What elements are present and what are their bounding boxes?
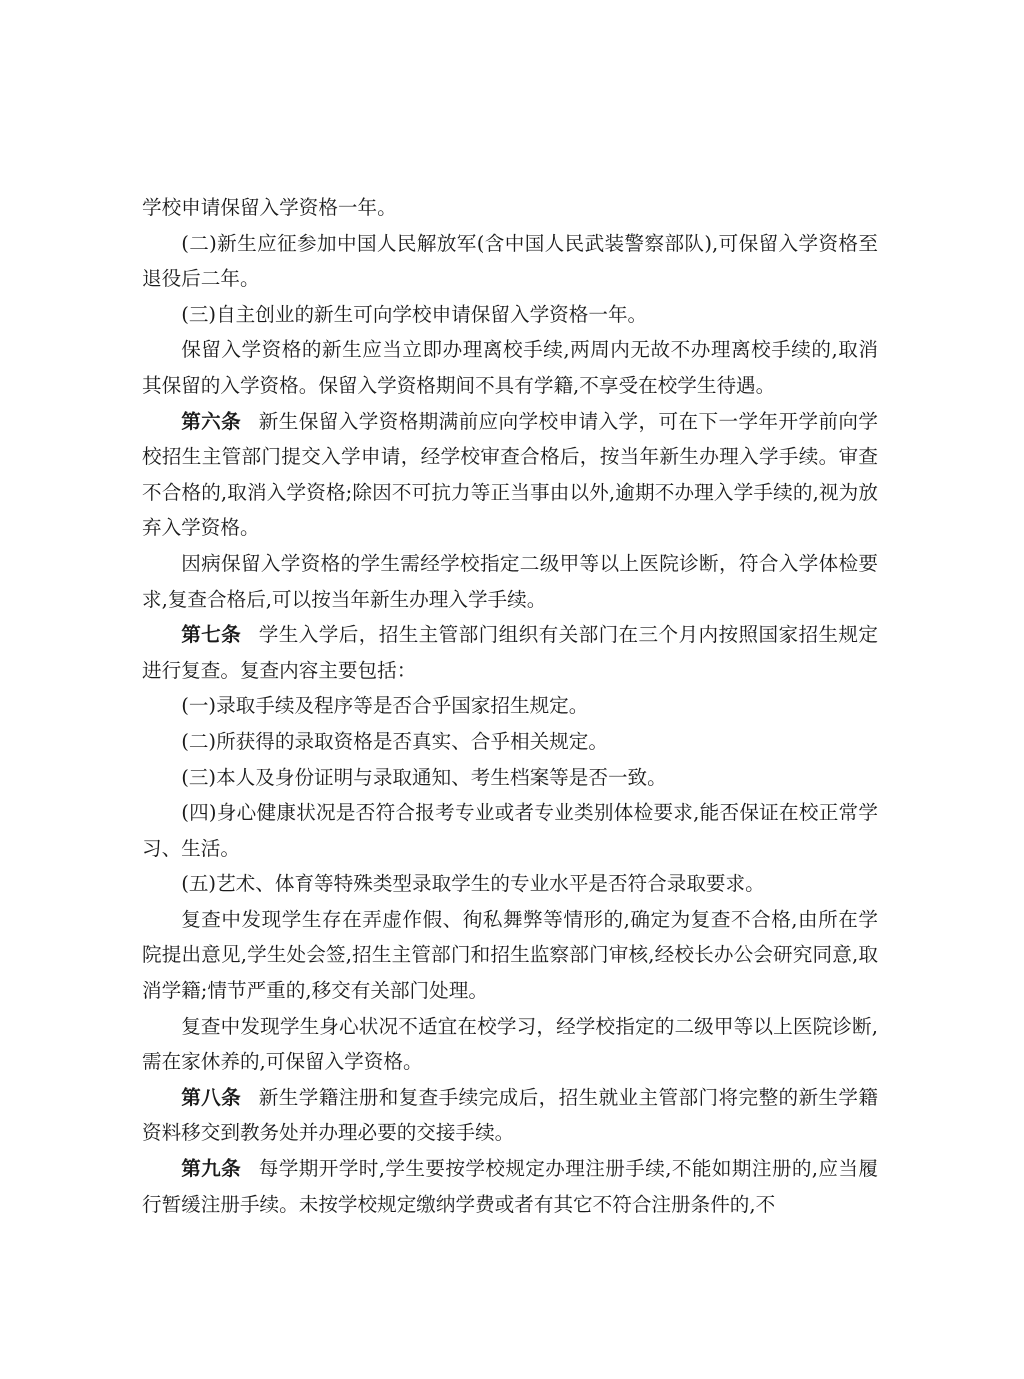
article-heading: 第七条 — [181, 623, 241, 646]
paragraph: (三)自主创业的新生可向学校申请保留入学资格一年。 — [142, 297, 878, 333]
document-page: 学校申请保留入学资格一年。 (二)新生应征参加中国人民解放军(含中国人民武装警察… — [142, 190, 878, 1222]
paragraph-text: (三)本人及身份证明与录取通知、考生档案等是否一致。 — [181, 766, 667, 789]
article-6: 第六条新生保留入学资格期满前应向学校申请入学，可在下一学年开学前向学校招生主管部… — [142, 404, 878, 546]
article-7: 第七条学生入学后，招生主管部门组织有关部门在三个月内按照国家招生规定进行复查。复… — [142, 617, 878, 688]
paragraph-text: (四)身心健康状况是否符合报考专业或者专业类别体检要求,能否保证在校正常学习、生… — [142, 801, 878, 860]
article-heading: 第八条 — [181, 1086, 241, 1109]
paragraph: 学校申请保留入学资格一年。 — [142, 190, 878, 226]
paragraph: 因病保留入学资格的学生需经学校指定二级甲等以上医院诊断，符合入学体检要求,复查合… — [142, 546, 878, 617]
article-8: 第八条新生学籍注册和复查手续完成后，招生就业主管部门将完整的新生学籍资料移交到教… — [142, 1080, 878, 1151]
list-item: (五)艺术、体育等特殊类型录取学生的专业水平是否符合录取要求。 — [142, 866, 878, 902]
paragraph-text: 保留入学资格的新生应当立即办理离校手续,两周内无故不办理离校手续的,取消其保留的… — [142, 338, 878, 397]
paragraph-text: 新生保留入学资格期满前应向学校申请入学，可在下一学年开学前向学校招生主管部门提交… — [142, 410, 878, 540]
paragraph: 复查中发现学生存在弄虚作假、徇私舞弊等情形的,确定为复查不合格,由所在学院提出意… — [142, 902, 878, 1009]
paragraph: 复查中发现学生身心状况不适宜在校学习，经学校指定的二级甲等以上医院诊断,需在家休… — [142, 1009, 878, 1080]
paragraph-text: 新生学籍注册和复查手续完成后，招生就业主管部门将完整的新生学籍资料移交到教务处并… — [142, 1086, 878, 1145]
article-heading: 第九条 — [181, 1157, 241, 1180]
paragraph-text: (五)艺术、体育等特殊类型录取学生的专业水平是否符合录取要求。 — [181, 872, 765, 895]
paragraph-text: (三)自主创业的新生可向学校申请保留入学资格一年。 — [181, 303, 647, 326]
paragraph-text: (二)新生应征参加中国人民解放军(含中国人民武装警察部队),可保留入学资格至退役… — [142, 232, 878, 291]
paragraph-text: 因病保留入学资格的学生需经学校指定二级甲等以上医院诊断，符合入学体检要求,复查合… — [142, 552, 878, 611]
paragraph-text: 每学期开学时,学生要按学校规定办理注册手续,不能如期注册的,应当履行暂缓注册手续… — [142, 1157, 878, 1216]
paragraph-text: 复查中发现学生存在弄虚作假、徇私舞弊等情形的,确定为复查不合格,由所在学院提出意… — [142, 908, 878, 1002]
list-item: (三)本人及身份证明与录取通知、考生档案等是否一致。 — [142, 760, 878, 796]
article-9: 第九条每学期开学时,学生要按学校规定办理注册手续,不能如期注册的,应当履行暂缓注… — [142, 1151, 878, 1222]
paragraph: (二)新生应征参加中国人民解放军(含中国人民武装警察部队),可保留入学资格至退役… — [142, 226, 878, 297]
paragraph-text: 学校申请保留入学资格一年。 — [142, 196, 397, 219]
paragraph-text: (一)录取手续及程序等是否合乎国家招生规定。 — [181, 694, 588, 717]
paragraph-text: 复查中发现学生身心状况不适宜在校学习，经学校指定的二级甲等以上医院诊断,需在家休… — [142, 1015, 878, 1074]
list-item: (四)身心健康状况是否符合报考专业或者专业类别体检要求,能否保证在校正常学习、生… — [142, 795, 878, 866]
article-heading: 第六条 — [181, 410, 241, 433]
paragraph-text: (二)所获得的录取资格是否真实、合乎相关规定。 — [181, 730, 608, 753]
paragraph: 保留入学资格的新生应当立即办理离校手续,两周内无故不办理离校手续的,取消其保留的… — [142, 332, 878, 403]
paragraph-text: 学生入学后，招生主管部门组织有关部门在三个月内按照国家招生规定进行复查。复查内容… — [142, 623, 878, 682]
list-item: (二)所获得的录取资格是否真实、合乎相关规定。 — [142, 724, 878, 760]
list-item: (一)录取手续及程序等是否合乎国家招生规定。 — [142, 688, 878, 724]
